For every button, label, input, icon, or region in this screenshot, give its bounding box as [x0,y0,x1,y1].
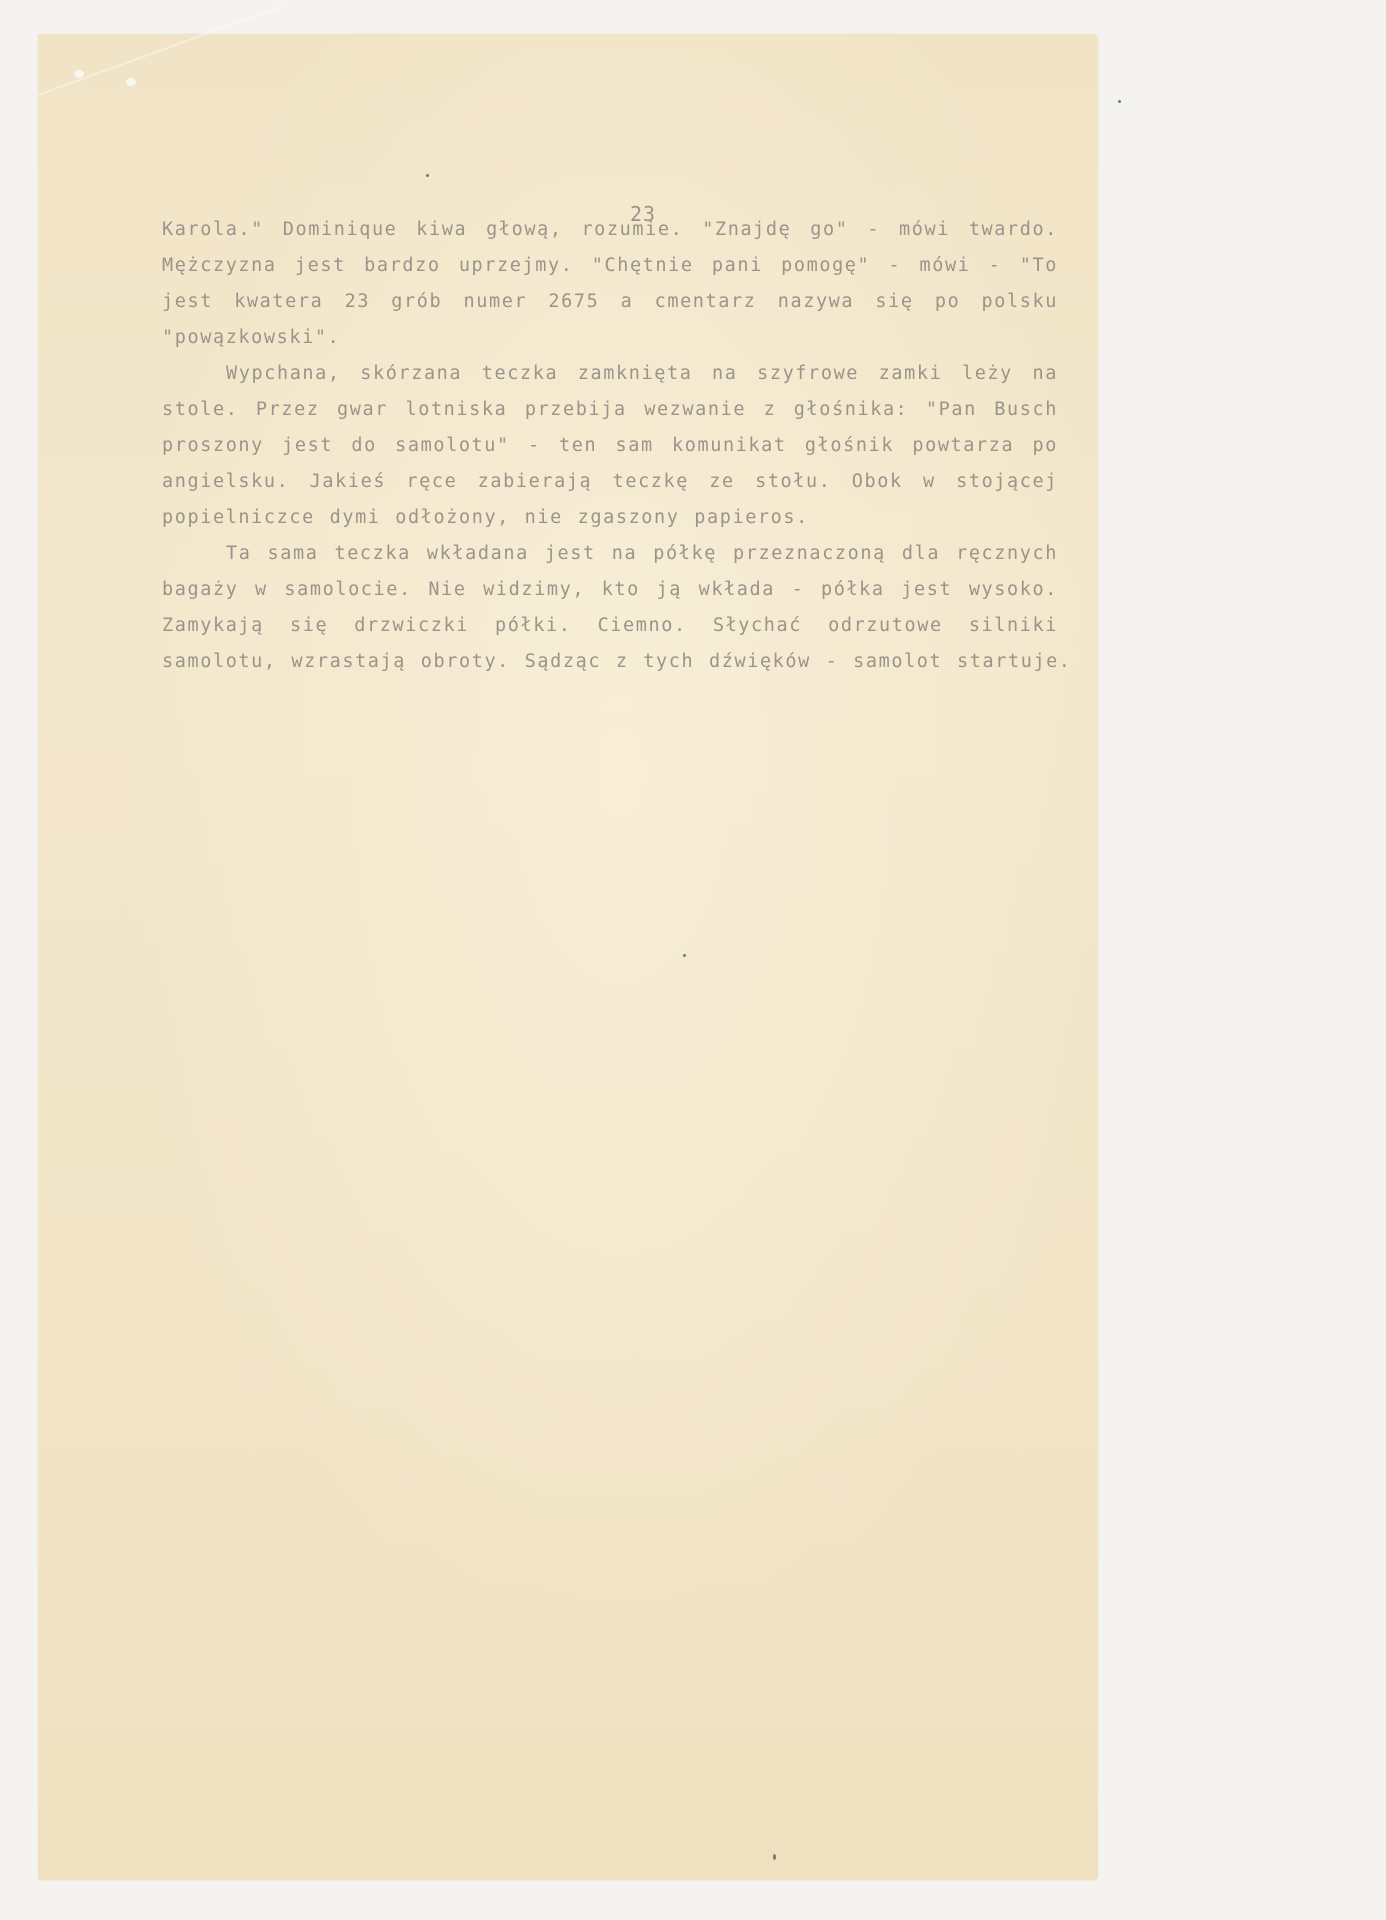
staple-hole [126,78,136,86]
ink-speck [426,174,429,177]
text-line: proszony jest do samolotu" - ten sam kom… [162,428,1058,464]
text-line: Karola." Dominique kiwa głową, rozumie. … [162,212,1058,248]
paragraph: Ta sama teczka wkładana jest na półkę pr… [162,536,1058,680]
text-line: Mężczyzna jest bardzo uprzejmy. "Chętnie… [162,248,1058,284]
text-line: popielniczce dymi odłożony, nie zgaszony… [162,500,1058,536]
text-line: stole. Przez gwar lotniska przebija wezw… [162,392,1058,428]
paper-crease [38,5,283,96]
ink-speck [773,1854,776,1860]
text-line: samolotu, wzrastają obroty. Sądząc z tyc… [162,644,1058,680]
text-line: jest kwatera 23 grób numer 2675 a cmenta… [162,284,1058,320]
text-line: Wypchana, skórzana teczka zamknięta na s… [162,356,1058,392]
text-line: angielsku. Jakieś ręce zabierają teczkę … [162,464,1058,500]
text-line: bagaży w samolocie. Nie widzimy, kto ją … [162,572,1058,608]
paragraph: Karola." Dominique kiwa głową, rozumie. … [162,212,1058,356]
text-line: Ta sama teczka wkładana jest na półkę pr… [162,536,1058,572]
ink-speck [683,954,686,957]
staple-hole [74,70,84,78]
scan-speck [1118,100,1121,103]
paragraph: Wypchana, skórzana teczka zamknięta na s… [162,356,1058,536]
typed-text-body: Karola." Dominique kiwa głową, rozumie. … [162,212,1058,680]
text-line: "powązkowski". [162,320,1058,356]
text-line: Zamykają się drzwiczki półki. Ciemno. Sł… [162,608,1058,644]
